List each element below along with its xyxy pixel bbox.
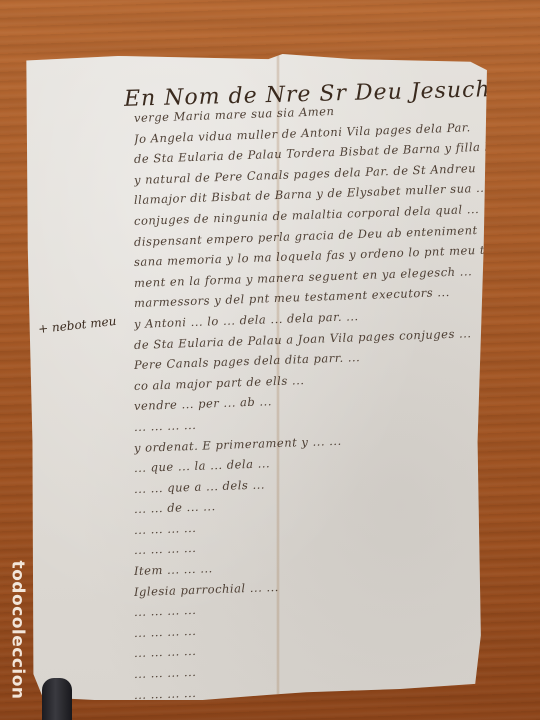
watermark: todocoleccion [4, 545, 32, 715]
binder-clip [42, 678, 72, 720]
watermark-text: todocoleccion [8, 560, 28, 699]
manuscript-text: En Nom de Nre Sr Deu Jesuchrist y dela g… [134, 82, 494, 720]
manuscript-page: En Nom de Nre Sr Deu Jesuchrist y dela g… [24, 54, 494, 700]
